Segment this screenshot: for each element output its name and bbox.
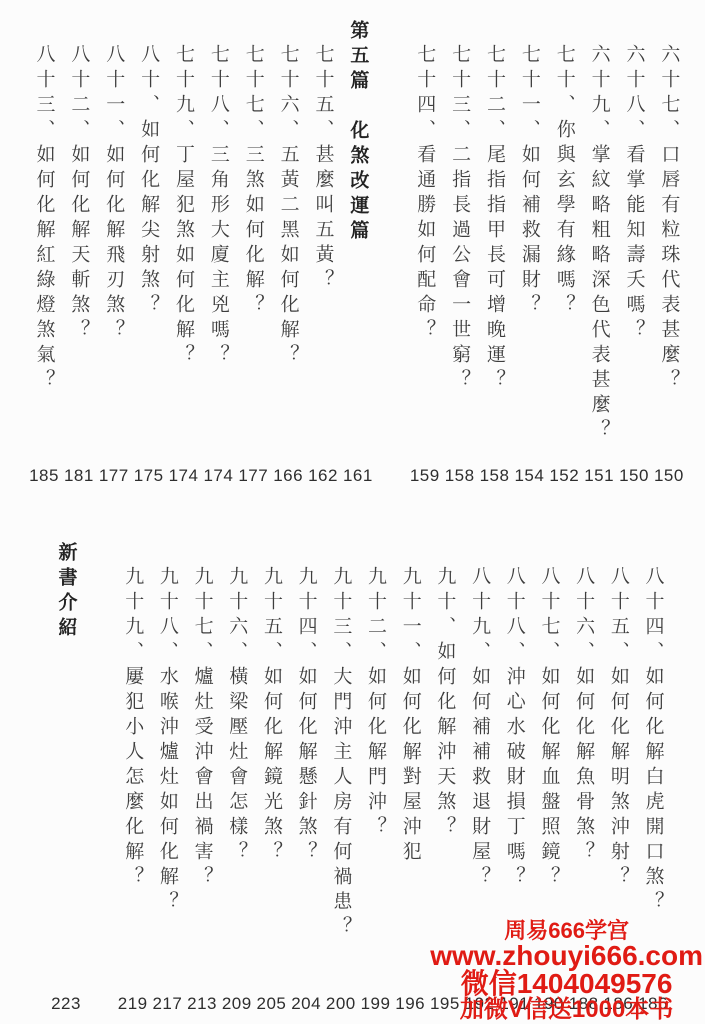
page-number: 154	[514, 460, 544, 486]
page-number: 152	[549, 460, 579, 486]
toc-entry-column: 六十七、口唇有粒珠代表甚麼？150	[655, 20, 683, 486]
toc-entry-column: 七十九、丁屋犯煞如何化解？174	[170, 20, 198, 486]
page-number: 150	[619, 460, 649, 486]
toc-entry-text: 七十八、三角形大廈主兇嗎？	[209, 20, 228, 369]
watermark-wechat-id: 微信1404049576	[461, 970, 673, 998]
toc-entry-text: 六十八、看掌能知壽夭嗎？	[625, 20, 644, 344]
toc-entry-text: 九十一、如何化解對屋沖犯	[401, 542, 420, 866]
toc-entry-text: 八十一、如何化解飛刃煞？	[104, 20, 123, 344]
toc-entry-text: 八十七、如何化解血盤照鏡？	[539, 542, 558, 891]
toc-entry-text: 九十七、爐灶受沖會出禍害？	[193, 542, 212, 891]
toc-entry-text: 九十四、如何化解懸針煞？	[297, 542, 316, 866]
toc-entry-column: 六十八、看掌能知壽夭嗎？150	[620, 20, 648, 486]
section-header-column: 新書介紹223	[52, 542, 80, 1014]
page-number: 204	[291, 988, 321, 1014]
toc-entry-text: 八十二、如何化解天斬煞？	[69, 20, 88, 344]
toc-entry-text: 九十五、如何化解鏡光煞？	[262, 542, 281, 866]
toc-entry-text: 九十九、屢犯小人怎麼化解？	[123, 542, 142, 891]
toc-entry-column: 九十四、如何化解懸針煞？204	[292, 542, 320, 1014]
toc-entry-column: 九十九、屢犯小人怎麼化解？219	[119, 542, 147, 1014]
toc-entry-text: 七十二、尾指指甲長可增晚運？	[485, 20, 504, 394]
section-header-text: 第五篇 化煞改運篇	[348, 20, 367, 245]
toc-entry-column: 六十九、掌紋略粗略深色代表甚麼？151	[585, 20, 613, 486]
page-number: 185	[29, 460, 59, 486]
page-number: 162	[308, 460, 338, 486]
page-number: 209	[222, 988, 252, 1014]
page-number: 205	[257, 988, 287, 1014]
watermark-site-name: 周易666学宫	[504, 920, 629, 942]
toc-entry-column: 七十四、看通勝如何配命？159	[411, 20, 439, 486]
toc-entry-text: 八十六、如何化解魚骨煞？	[574, 542, 593, 866]
toc-entry-column: 八十三、如何化解紅綠燈煞氣？185	[30, 20, 58, 486]
page-number: 158	[445, 460, 475, 486]
watermark-url: www.zhouyi666.com	[430, 942, 703, 970]
toc-entry-column: 九十三、大門沖主人房有何禍患？200	[327, 542, 355, 1014]
toc-entry-text: 九十、如何化解沖天煞？	[435, 542, 454, 841]
watermark-promo-text: 加微V信送1000本书	[460, 998, 673, 1024]
toc-entry-column: 八十二、如何化解天斬煞？181	[65, 20, 93, 486]
toc-entry-column: 九十六、橫梁壓灶會怎樣？209	[223, 542, 251, 1014]
page-number: 175	[134, 460, 164, 486]
toc-entry-column: 七十五、甚麼叫五黃？162	[309, 20, 337, 486]
toc-entry-column: 七十三、二指長過公會一世窮？158	[446, 20, 474, 486]
toc-entry-text: 九十三、大門沖主人房有何禍患？	[331, 542, 350, 941]
toc-entry-column: 七十八、三角形大廈主兇嗎？174	[204, 20, 232, 486]
toc-entry-column: 七十、你與玄學有緣嗎？152	[550, 20, 578, 486]
page-number: 174	[169, 460, 199, 486]
page-number: 174	[203, 460, 233, 486]
page-number: 177	[238, 460, 268, 486]
toc-entry-column: 八十、如何化解尖射煞？175	[135, 20, 163, 486]
toc-entry-text: 七十三、二指長過公會一世窮？	[450, 20, 469, 394]
page-number: 219	[118, 988, 148, 1014]
page-number: 150	[654, 460, 684, 486]
toc-entry-column: 九十五、如何化解鏡光煞？205	[257, 542, 285, 1014]
toc-entry-text: 七十一、如何補救漏財？	[520, 20, 539, 319]
toc-entry-column: 九十七、爐灶受沖會出禍害？213	[188, 542, 216, 1014]
toc-entry-text: 八十四、如何化解白虎開口煞？	[644, 542, 663, 916]
page-number: 166	[273, 460, 303, 486]
page-number: 223	[51, 988, 81, 1014]
toc-entry-text: 九十八、水喉沖爐灶如何化解？	[158, 542, 177, 916]
page-number: 158	[480, 460, 510, 486]
toc-entry-text: 八十五、如何化解明煞沖射？	[609, 542, 628, 891]
toc-section-top: 六十七、口唇有粒珠代表甚麼？150六十八、看掌能知壽夭嗎？150六十九、掌紋略粗…	[30, 20, 683, 486]
toc-entry-text: 六十七、口唇有粒珠代表甚麼？	[659, 20, 678, 394]
toc-entry-column: 七十一、如何補救漏財？154	[515, 20, 543, 486]
section-header-column: 第五篇 化煞改運篇161	[344, 20, 372, 486]
toc-entry-text: 八十、如何化解尖射煞？	[139, 20, 158, 319]
section-header-text: 新書介紹	[57, 542, 76, 642]
toc-entry-text: 七十九、丁屋犯煞如何化解？	[174, 20, 193, 369]
page-number: 177	[99, 460, 129, 486]
toc-entry-column: 七十七、三煞如何化解？177	[239, 20, 267, 486]
toc-entry-text: 七十七、三煞如何化解？	[244, 20, 263, 319]
toc-entry-text: 八十八、沖心水破財損丁嗎？	[505, 542, 524, 891]
toc-entry-column: 八十一、如何化解飛刃煞？177	[100, 20, 128, 486]
toc-entry-column: 九十一、如何化解對屋沖犯196	[396, 542, 424, 1014]
page-number: 213	[187, 988, 217, 1014]
toc-entry-column: 七十六、五黃二黑如何化解？166	[274, 20, 302, 486]
toc-entry-text: 六十九、掌紋略粗略深色代表甚麼？	[590, 20, 609, 444]
watermark: 周易666学宫 www.zhouyi666.com 微信1404049576 加…	[430, 920, 703, 1024]
toc-entry-column: 九十八、水喉沖爐灶如何化解？217	[153, 542, 181, 1014]
toc-entry-text: 七十六、五黃二黑如何化解？	[279, 20, 298, 369]
toc-entry-text: 九十二、如何化解門沖？	[366, 542, 385, 841]
toc-entry-text: 九十六、橫梁壓灶會怎樣？	[227, 542, 246, 866]
page-number: 196	[395, 988, 425, 1014]
page-number: 181	[64, 460, 94, 486]
page-number: 159	[410, 460, 440, 486]
page-number: 151	[584, 460, 614, 486]
toc-entry-text: 八十九、如何補補救退財屋？	[470, 542, 489, 891]
page-number: 217	[152, 988, 182, 1014]
toc-entry-text: 七十五、甚麼叫五黃？	[314, 20, 333, 294]
toc-entry-column: 九十二、如何化解門沖？199	[362, 542, 390, 1014]
page-number: 161	[343, 460, 373, 486]
toc-entry-text: 八十三、如何化解紅綠燈煞氣？	[35, 20, 54, 394]
page-number: 200	[326, 988, 356, 1014]
page-number: 199	[361, 988, 391, 1014]
toc-entry-text: 七十、你與玄學有緣嗎？	[555, 20, 574, 319]
book-toc-page: 六十七、口唇有粒珠代表甚麼？150六十八、看掌能知壽夭嗎？150六十九、掌紋略粗…	[0, 0, 705, 1024]
toc-entry-column: 七十二、尾指指甲長可增晚運？158	[481, 20, 509, 486]
toc-entry-text: 七十四、看通勝如何配命？	[415, 20, 434, 344]
